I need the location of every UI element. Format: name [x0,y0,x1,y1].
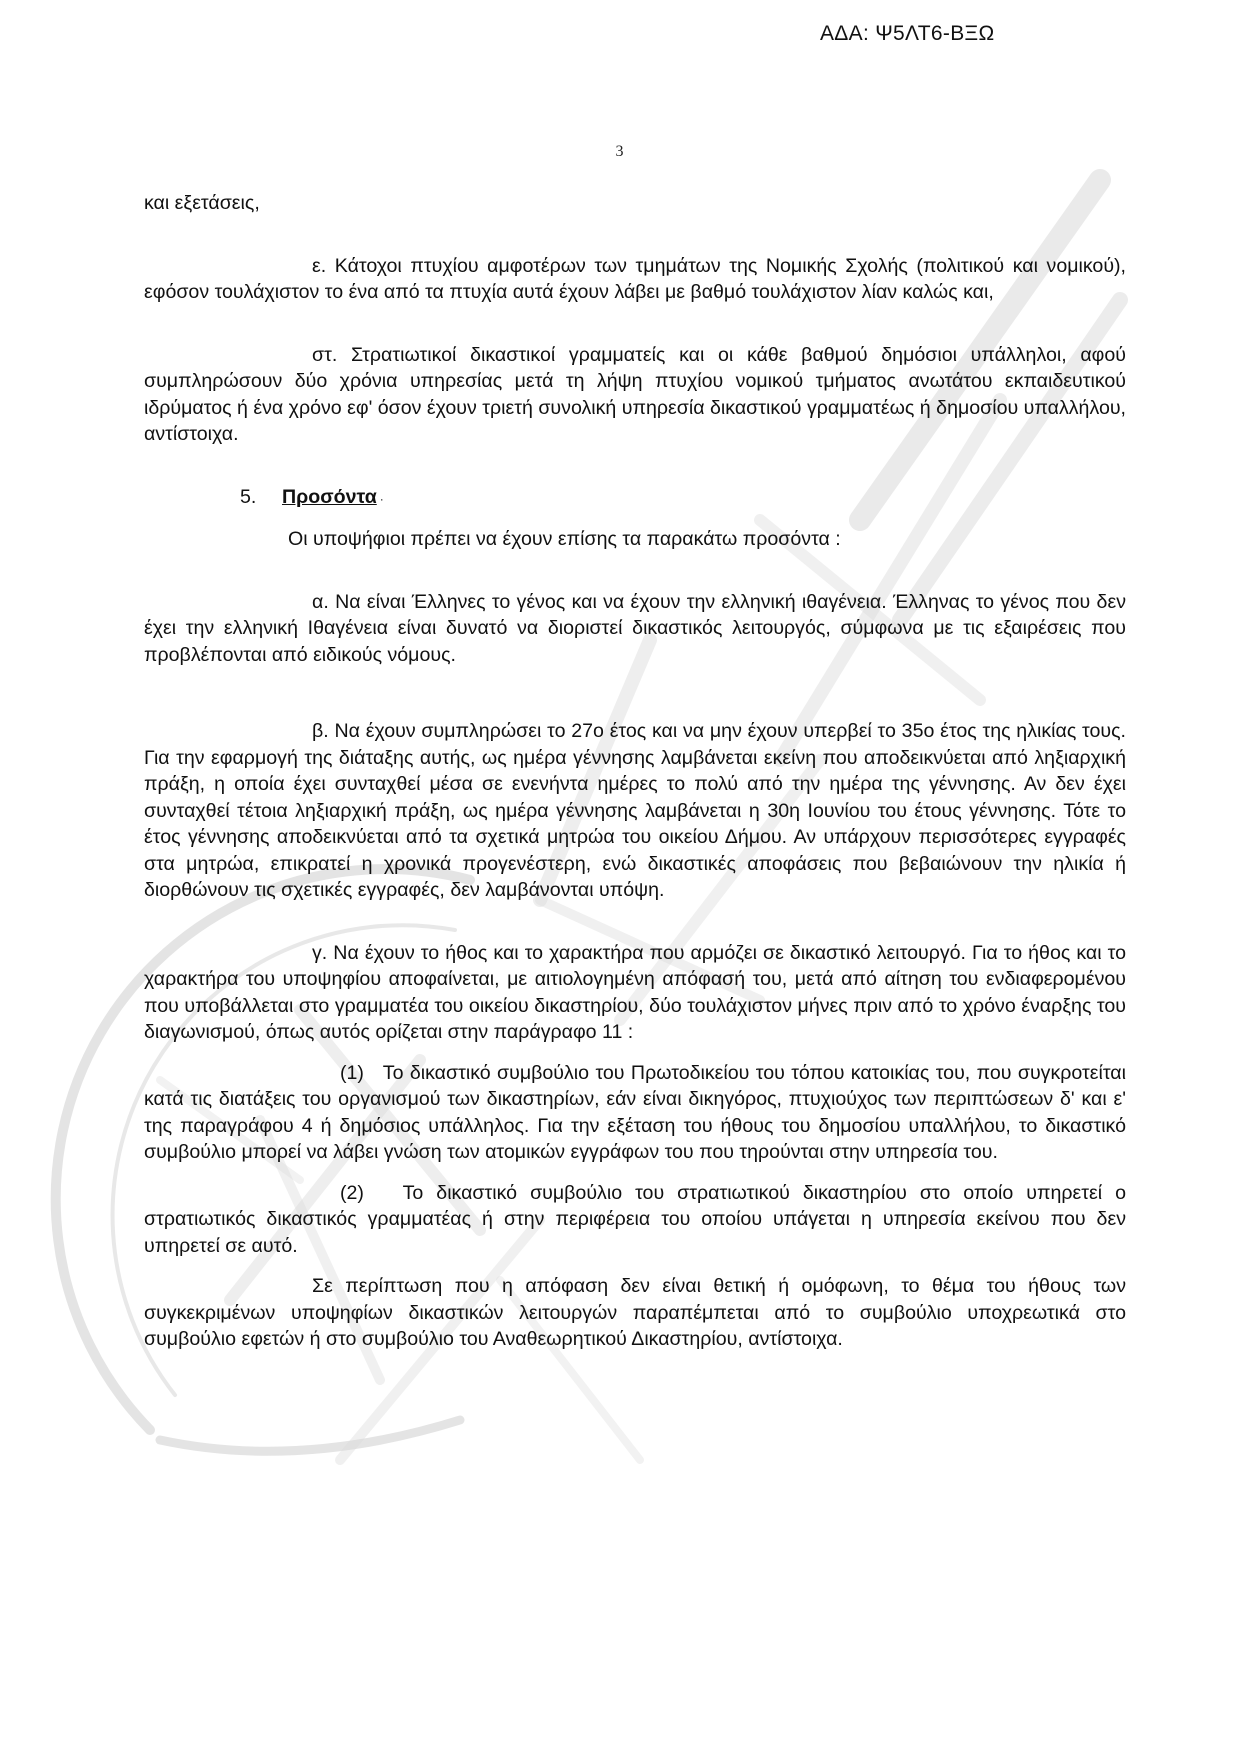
section-intro: Οι υποψήφιοι πρέπει να έχουν επίσης τα π… [144,526,1126,553]
paragraph-item-e: ε. Κάτοχοι πτυχίου αμφοτέρων των τμημάτω… [144,253,1126,306]
paragraph-item-c: γ. Να έχουν το ήθος και το χαρακτήρα που… [144,940,1126,1046]
document-body: και εξετάσεις, ε. Κάτοχοι πτυχίου αμφοτέ… [144,190,1126,1353]
section-number: 5. [240,484,282,511]
paragraph-item-st: στ. Στρατιωτικοί δικαστικοί γραμματείς κ… [144,342,1126,448]
paragraph-subitem-1: (1) Το δικαστικό συμβούλιο του Πρωτοδικε… [144,1060,1126,1166]
section-title-mark: · [380,486,384,513]
paragraph-subitem-2: (2) Το δικαστικό συμβούλιο του στρατιωτι… [144,1180,1126,1260]
section-heading: 5. Προσόντα · [240,484,1126,513]
section-title: Προσόντα [282,484,377,511]
page-number: 3 [0,143,1239,161]
ada-document-id: ΑΔΑ: Ψ5ΛΤ6-ΒΞΩ [820,22,994,46]
paragraph-item-a: α. Να είναι Έλληνες το γένος και να έχου… [144,589,1126,669]
continuation-text: και εξετάσεις, [144,190,1126,217]
paragraph-item-b: β. Να έχουν συμπληρώσει το 27ο έτος και … [144,718,1126,904]
paragraph-closing: Σε περίπτωση που η απόφαση δεν είναι θετ… [144,1273,1126,1353]
